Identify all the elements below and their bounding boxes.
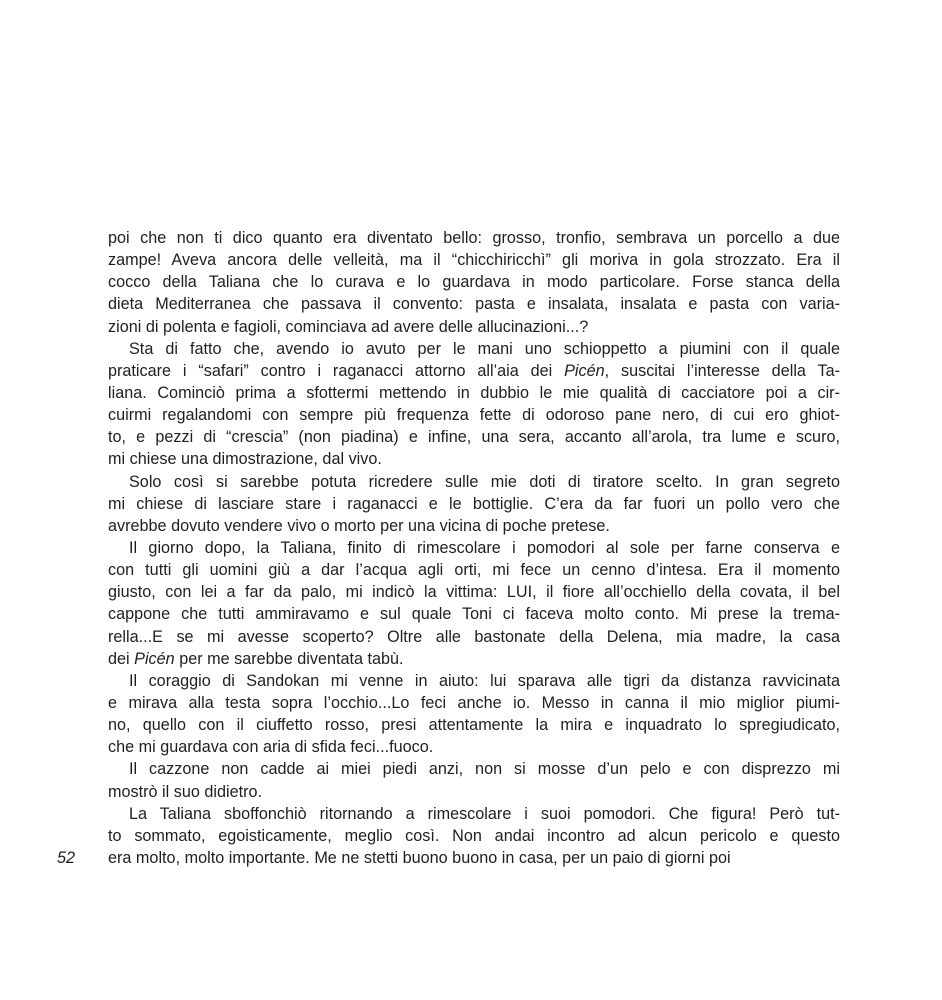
text-line: no, quello con il ciuffetto rosso, presi…: [108, 714, 840, 736]
text-segment: cuirmi regalandomi con sempre più freque…: [108, 406, 840, 424]
text-line: to, e pezzi di “crescia” (non piadina) e…: [108, 426, 840, 448]
text-segment: con tutti gli uomini giù a dar l’acqua a…: [108, 561, 840, 579]
text-segment: Solo così si sarebbe potuta ricredere su…: [129, 473, 840, 491]
text-line: Sta di fatto che, avendo io avuto per le…: [108, 338, 840, 360]
text-segment: dei: [108, 650, 134, 668]
text-line: praticare i “safari” contro i raganacci …: [108, 360, 840, 382]
text-line: cocco della Taliana che lo curava e lo g…: [108, 271, 840, 293]
text-segment: Sta di fatto che, avendo io avuto per le…: [129, 340, 840, 358]
text-segment: , suscitai l’interesse della Ta-: [605, 362, 840, 380]
text-segment: liana. Cominciò prima a sfottermi metten…: [108, 384, 840, 402]
text-line: avrebbe dovuto vendere vivo o morto per …: [108, 515, 840, 537]
text-segment: no, quello con il ciuffetto rosso, presi…: [108, 716, 840, 734]
paragraph: Sta di fatto che, avendo io avuto per le…: [108, 338, 840, 471]
text-segment: to, e pezzi di “crescia” (non piadina) e…: [108, 428, 840, 446]
italic-text-segment: Picén: [564, 362, 605, 380]
paragraph: La Taliana sboffonchiò ritornando a rime…: [108, 803, 840, 869]
text-line: mi chiese una dimostrazione, dal vivo.: [108, 448, 840, 470]
text-segment: to sommato, egoisticamente, meglio così.…: [108, 827, 840, 845]
text-line: dieta Mediterranea che passava il conven…: [108, 293, 840, 315]
text-segment: mi chiese una dimostrazione, dal vivo.: [108, 450, 382, 468]
page-number: 52: [57, 847, 75, 869]
text-line: mi chiese di lasciare stare i raganacci …: [108, 493, 840, 515]
text-segment: La Taliana sboffonchiò ritornando a rime…: [129, 805, 840, 823]
text-line: liana. Cominciò prima a sfottermi metten…: [108, 382, 840, 404]
text-segment: zioni di polenta e fagioli, cominciava a…: [108, 318, 588, 336]
text-line: Solo così si sarebbe potuta ricredere su…: [108, 471, 840, 493]
text-segment: Il coraggio di Sandokan mi venne in aiut…: [129, 672, 840, 690]
text-line: dei Picén per me sarebbe diventata tabù.: [108, 648, 840, 670]
book-page: 52 poi che non ti dico quanto era divent…: [0, 0, 942, 1000]
text-line: zioni di polenta e fagioli, cominciava a…: [108, 316, 840, 338]
text-segment: rella...E se mi avesse scoperto? Oltre a…: [108, 628, 840, 646]
text-line: Il cazzone non cadde ai miei piedi anzi,…: [108, 758, 840, 780]
text-segment: mostrò il suo didietro.: [108, 783, 262, 801]
text-line: giusto, con lei a far da palo, mi indicò…: [108, 581, 840, 603]
paragraph: Solo così si sarebbe potuta ricredere su…: [108, 471, 840, 537]
text-segment: Il cazzone non cadde ai miei piedi anzi,…: [129, 760, 840, 778]
text-line: Il giorno dopo, la Taliana, finito di ri…: [108, 537, 840, 559]
text-segment: dieta Mediterranea che passava il conven…: [108, 295, 840, 313]
paragraph: Il giorno dopo, la Taliana, finito di ri…: [108, 537, 840, 670]
text-line: Il coraggio di Sandokan mi venne in aiut…: [108, 670, 840, 692]
text-segment: cappone che tutti ammiravamo e sul quale…: [108, 605, 840, 623]
text-segment: che mi guardava con aria di sfida feci..…: [108, 738, 433, 756]
text-line: che mi guardava con aria di sfida feci..…: [108, 736, 840, 758]
text-line: e mirava alla testa sopra l’occhio...Lo …: [108, 692, 840, 714]
text-segment: cocco della Taliana che lo curava e lo g…: [108, 273, 840, 291]
text-segment: mi chiese di lasciare stare i raganacci …: [108, 495, 840, 513]
text-line: zampe! Aveva ancora delle velleità, ma i…: [108, 249, 840, 271]
text-line: rella...E se mi avesse scoperto? Oltre a…: [108, 626, 840, 648]
text-segment: giusto, con lei a far da palo, mi indicò…: [108, 583, 840, 601]
text-line: cappone che tutti ammiravamo e sul quale…: [108, 603, 840, 625]
paragraph: Il coraggio di Sandokan mi venne in aiut…: [108, 670, 840, 759]
paragraph: poi che non ti dico quanto era diventato…: [108, 227, 840, 338]
text-segment: per me sarebbe diventata tabù.: [175, 650, 404, 668]
page-text: poi che non ti dico quanto era diventato…: [108, 227, 840, 869]
text-segment: poi che non ti dico quanto era diventato…: [108, 229, 840, 247]
text-segment: era molto, molto importante. Me ne stett…: [108, 849, 731, 867]
paragraph: Il cazzone non cadde ai miei piedi anzi,…: [108, 758, 840, 802]
text-line: era molto, molto importante. Me ne stett…: [108, 847, 840, 869]
text-segment: avrebbe dovuto vendere vivo o morto per …: [108, 517, 610, 535]
text-segment: praticare i “safari” contro i raganacci …: [108, 362, 564, 380]
text-segment: e mirava alla testa sopra l’occhio...Lo …: [108, 694, 840, 712]
text-line: to sommato, egoisticamente, meglio così.…: [108, 825, 840, 847]
text-line: La Taliana sboffonchiò ritornando a rime…: [108, 803, 840, 825]
text-line: mostrò il suo didietro.: [108, 781, 840, 803]
text-segment: Il giorno dopo, la Taliana, finito di ri…: [129, 539, 840, 557]
text-line: poi che non ti dico quanto era diventato…: [108, 227, 840, 249]
text-segment: zampe! Aveva ancora delle velleità, ma i…: [108, 251, 840, 269]
italic-text-segment: Picén: [134, 650, 175, 668]
text-line: cuirmi regalandomi con sempre più freque…: [108, 404, 840, 426]
text-line: con tutti gli uomini giù a dar l’acqua a…: [108, 559, 840, 581]
